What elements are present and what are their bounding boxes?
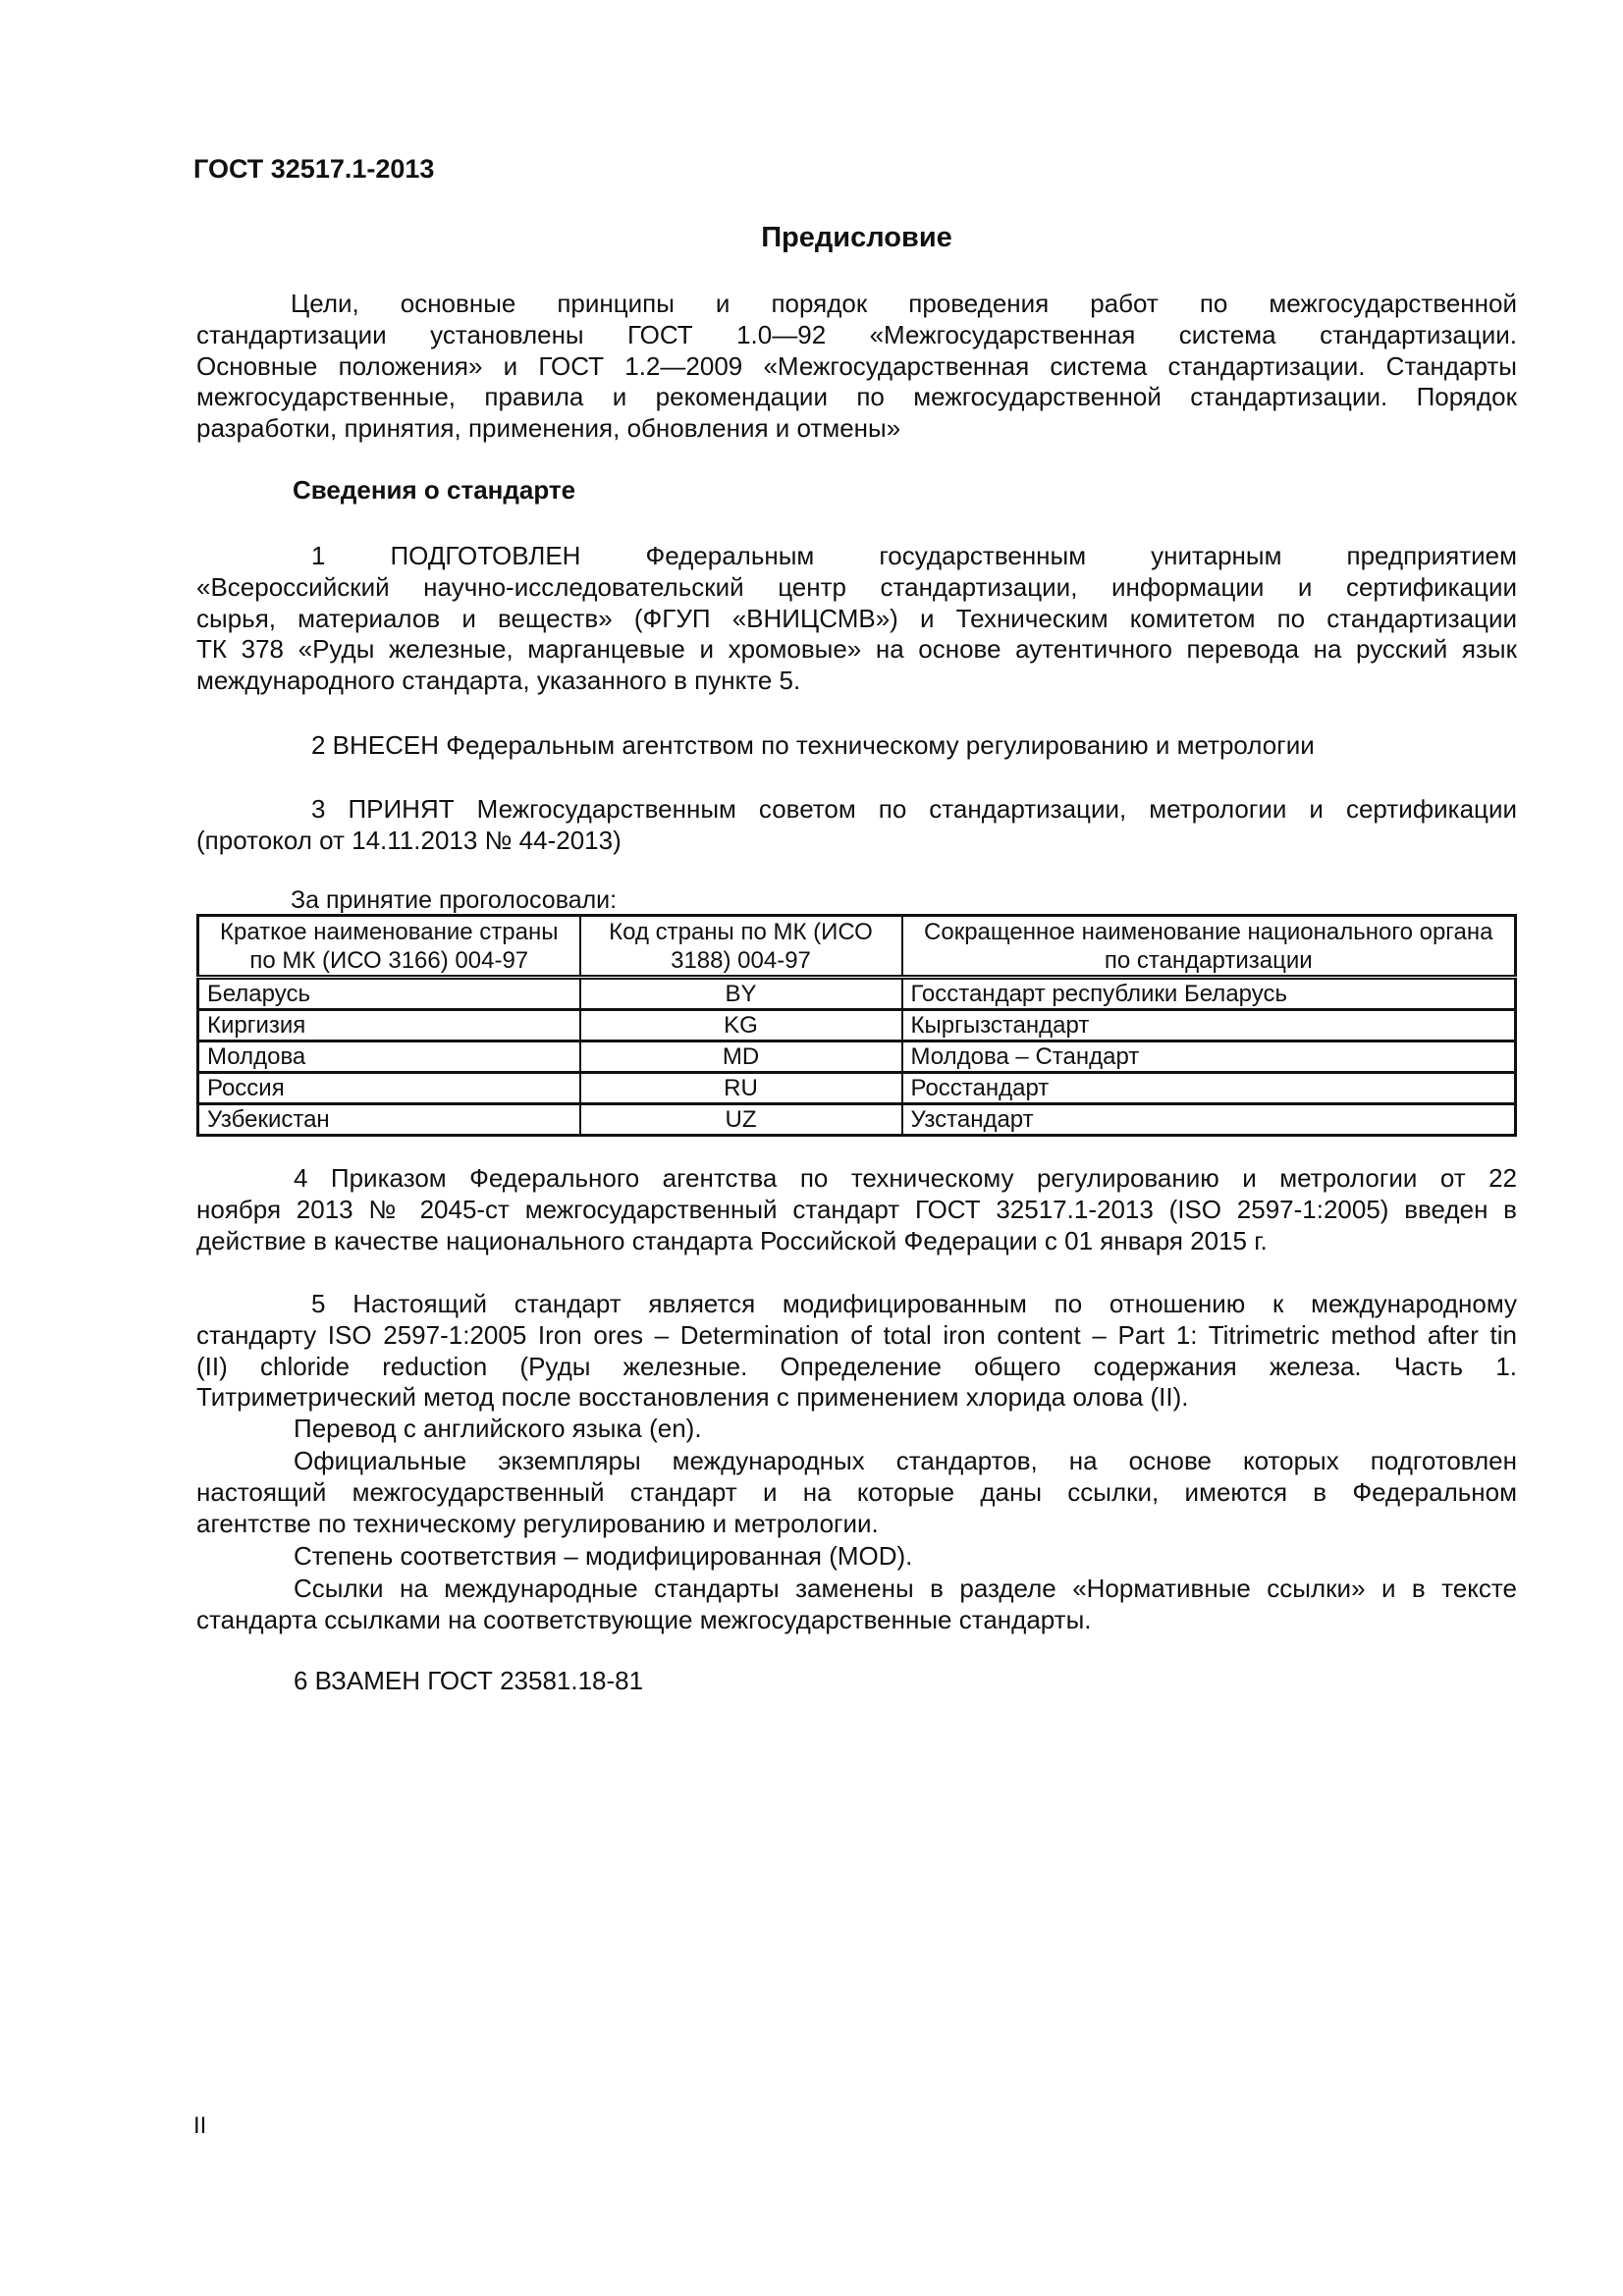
text-line: Основные положения» и ГОСТ 1.2—2009 «Меж…: [196, 351, 1517, 383]
text-line: Титриметрический метод после восстановле…: [196, 1382, 1517, 1414]
table-row: Молдова MD Молдова – Стандарт: [198, 1041, 1516, 1073]
page-title: Предисловие: [196, 220, 1517, 255]
item-1-prepared: 1 ПОДГОТОВЛЕН Федеральным государственны…: [196, 541, 1517, 697]
text-line: сырья, материалов и веществ» (ФГУП «ВНИЦ…: [196, 604, 1517, 635]
voted-label: За принятие проголосовали:: [291, 885, 617, 917]
column-header-standards-body: Сокращенное наименование национального о…: [902, 916, 1516, 978]
voting-countries-table: Краткое наименование страны по МК (ИСО 3…: [196, 914, 1517, 1137]
cell-code: UZ: [580, 1104, 902, 1136]
cell-country: Молдова: [198, 1041, 580, 1073]
text-line: 6 ВЗАМЕН ГОСТ 23581.18-81: [196, 1666, 1517, 1697]
text-line: ТК 378 «Руды железные, марганцевые и хро…: [196, 634, 1517, 666]
section-subheading: Сведения о стандарте: [196, 475, 575, 507]
text-line: Степень соответствия – модифицированная …: [196, 1541, 1517, 1573]
cell-standards-body: Госстандарт республики Беларусь: [902, 978, 1516, 1010]
translation-note: Перевод с английского языка (en).: [196, 1414, 1517, 1445]
table-row: Беларусь BY Госстандарт республики Белар…: [198, 978, 1516, 1010]
cell-standards-body: Кыргызстандарт: [902, 1010, 1516, 1041]
cell-code: BY: [580, 978, 902, 1010]
text-line: 4 Приказом Федерального агентства по тех…: [196, 1163, 1517, 1195]
text-line: 3 ПРИНЯТ Межгосударственным советом по с…: [196, 794, 1517, 826]
table-row: Россия RU Росстандарт: [198, 1073, 1516, 1104]
cell-code: KG: [580, 1010, 902, 1041]
table-row: Киргизия KG Кыргызстандарт: [198, 1010, 1516, 1041]
text-line: 2 ВНЕСЕН Федеральным агентством по техни…: [196, 730, 1517, 762]
column-header-code: Код страны по МК (ИСО 3188) 004-97: [580, 916, 902, 978]
text-line: ноября 2013 № 2045-ст межгосударственный…: [196, 1195, 1517, 1226]
item-6-replaces: 6 ВЗАМЕН ГОСТ 23581.18-81: [196, 1666, 1517, 1697]
column-header-country: Краткое наименование страны по МК (ИСО 3…: [198, 916, 580, 978]
cell-country: Россия: [198, 1073, 580, 1104]
text-line: 1 ПОДГОТОВЛЕН Федеральным государственны…: [196, 541, 1517, 572]
conformity-degree-note: Степень соответствия – модифицированная …: [196, 1541, 1517, 1573]
page-number: II: [193, 2112, 206, 2140]
official-copies-note: Официальные экземпляры международных ста…: [196, 1446, 1517, 1539]
cell-country: Узбекистан: [198, 1104, 580, 1136]
preface-paragraph: Цели, основные принципы и порядок провед…: [196, 289, 1517, 445]
table-header-row: Краткое наименование страны по МК (ИСО 3…: [198, 916, 1516, 978]
text-line: действие в качестве национального станда…: [196, 1226, 1517, 1257]
text-line: межгосударственные, правила и рекомендац…: [196, 382, 1517, 413]
cell-country: Киргизия: [198, 1010, 580, 1041]
item-5-modified-standard: 5 Настоящий стандарт является модифициро…: [196, 1289, 1517, 1414]
text-line: международного стандарта, указанного в п…: [196, 666, 1517, 697]
text-line: стандарта ссылками на соответствующие ме…: [196, 1605, 1517, 1636]
text-line: стандартизации установлены ГОСТ 1.0—92 «…: [196, 320, 1517, 351]
item-4-order: 4 Приказом Федерального агентства по тех…: [196, 1163, 1517, 1256]
cell-code: RU: [580, 1073, 902, 1104]
cell-standards-body: Узстандарт: [902, 1104, 1516, 1136]
cell-standards-body: Росстандарт: [902, 1073, 1516, 1104]
references-note: Ссылки на международные стандарты замене…: [196, 1574, 1517, 1636]
text-line: настоящий межгосударственный стандарт и …: [196, 1477, 1517, 1509]
cell-standards-body: Молдова – Стандарт: [902, 1041, 1516, 1073]
text-line: разработки, принятия, применения, обновл…: [196, 413, 1517, 445]
text-line: (протокол от 14.11.2013 № 44-2013): [196, 826, 1517, 857]
cell-code: MD: [580, 1041, 902, 1073]
text-line: Ссылки на международные стандарты замене…: [196, 1574, 1517, 1605]
item-2-submitted: 2 ВНЕСЕН Федеральным агентством по техни…: [196, 730, 1517, 762]
text-line: Цели, основные принципы и порядок провед…: [196, 289, 1517, 320]
text-line: «Всероссийский научно-исследовательский …: [196, 572, 1517, 604]
text-line: Перевод с английского языка (en).: [196, 1414, 1517, 1445]
text-line: Официальные экземпляры международных ста…: [196, 1446, 1517, 1477]
item-3-adopted: 3 ПРИНЯТ Межгосударственным советом по с…: [196, 794, 1517, 857]
text-line: стандарту ISO 2597-1:2005 Iron ores – De…: [196, 1320, 1517, 1352]
text-line: 5 Настоящий стандарт является модифициро…: [196, 1289, 1517, 1320]
cell-country: Беларусь: [198, 978, 580, 1010]
text-line: агентстве по техническому регулированию …: [196, 1509, 1517, 1540]
text-line: (II) chloride reduction (Руды железные. …: [196, 1352, 1517, 1383]
document-code: ГОСТ 32517.1-2013: [193, 153, 434, 185]
table-row: Узбекистан UZ Узстандарт: [198, 1104, 1516, 1136]
